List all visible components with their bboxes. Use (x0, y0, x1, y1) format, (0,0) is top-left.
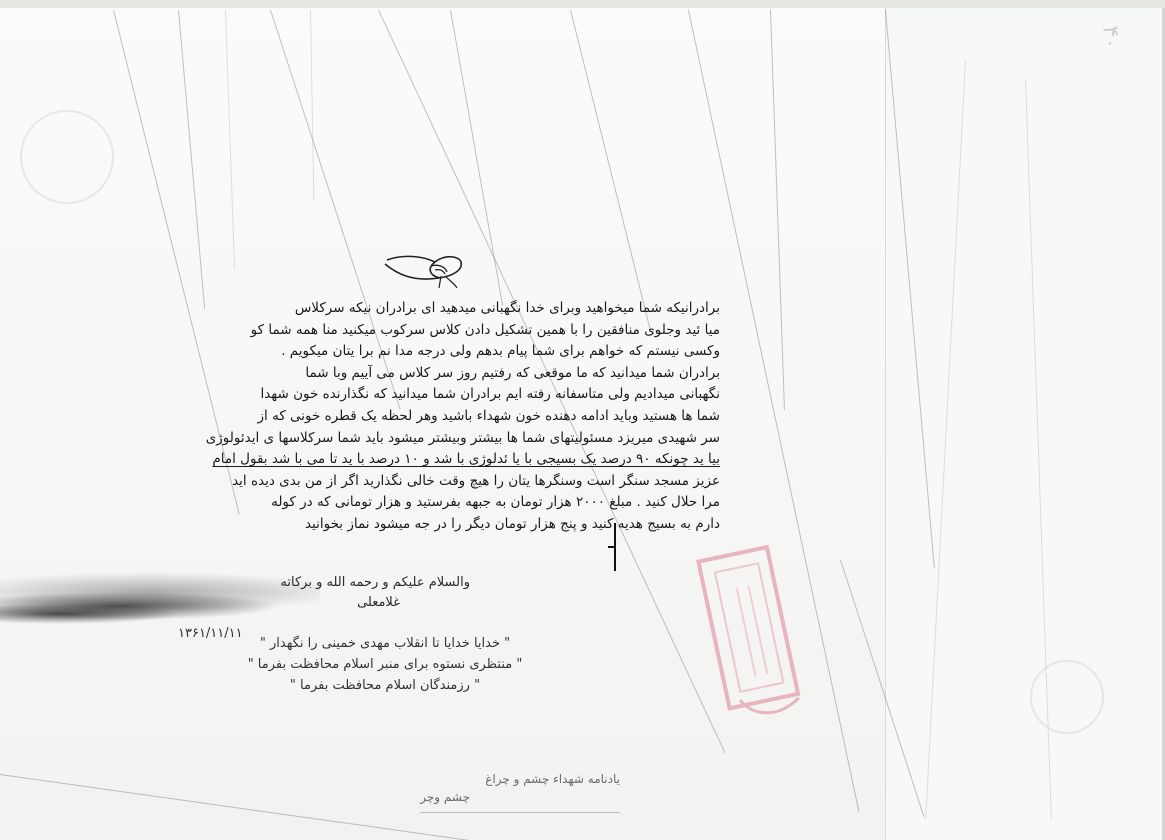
signature-name: غلامعلی (160, 593, 720, 613)
letter-line: نگهبانی میدادیم ولی متاسفانه رفته ایم بر… (60, 384, 720, 406)
letter-body: برادرانیکه شما میخواهید وبرای خدا نگهبان… (60, 298, 720, 536)
ghost-emblem (1030, 660, 1104, 734)
page-number: ۴۰ (1097, 26, 1122, 50)
letter-line-underlined: بیا ید چونکه ۹۰ درصد یک بسیجی با یا ئدلو… (60, 449, 720, 471)
closing-salutation: والسلام علیکم و رحمه الله و برکاته (160, 573, 720, 593)
letter-line: برادران شما میدانید که ما موقعی که رفتیم… (60, 363, 720, 385)
letter-line: مرا حلال کنید . مبلغ ۲۰۰۰ هزار تومان به … (60, 492, 720, 514)
letter-line: وکسی نیستم که خواهم برای شما پیام بدهم و… (60, 341, 720, 363)
slogan-line: " منتظری نستوه برای منبر اسلام محافظت بف… (150, 654, 620, 675)
emblem-flourish-icon (383, 248, 473, 292)
footer-line: یادنامه شهداء چشم و چراغ (160, 770, 620, 788)
letter-line: شما ها هستید وباید ادامه دهنده خون شهداء… (60, 406, 720, 428)
footer-rule (420, 812, 620, 813)
footer-text: یادنامه شهداء چشم و چراغ چشم وچر (160, 770, 620, 806)
letter-line: میا ئید وجلوی منافقین را با همین تشکیل د… (60, 320, 720, 342)
slogan-line: " رزمندگان اسلام محافظت بفرما " (150, 675, 620, 696)
bracket-mark-tick (608, 546, 616, 548)
letter-line: برادرانیکه شما میخواهید وبرای خدا نگهبان… (60, 298, 720, 320)
underlying-sheet (885, 8, 1165, 840)
ghost-emblem (20, 110, 114, 204)
slogan-line: " خدایا خدایا تا انقلاب مهدی خمینی را نگ… (150, 633, 620, 654)
letter-line: سر شهیدی میریزد مسئولیتهای شما ها بیشتر … (60, 428, 720, 450)
footer-line: چشم وچر (160, 788, 620, 806)
slogans: " خدایا خدایا تا انقلاب مهدی خمینی را نگ… (150, 633, 620, 696)
letter-line: عزیز مسجد سنگر است وسنگرها یتان را هیچ و… (60, 471, 720, 493)
closing: والسلام علیکم و رحمه الله و برکاته غلامع… (160, 573, 720, 613)
letter-line: دارم به بسیج هدیه کنید و پنج هزار تومان … (60, 514, 720, 536)
